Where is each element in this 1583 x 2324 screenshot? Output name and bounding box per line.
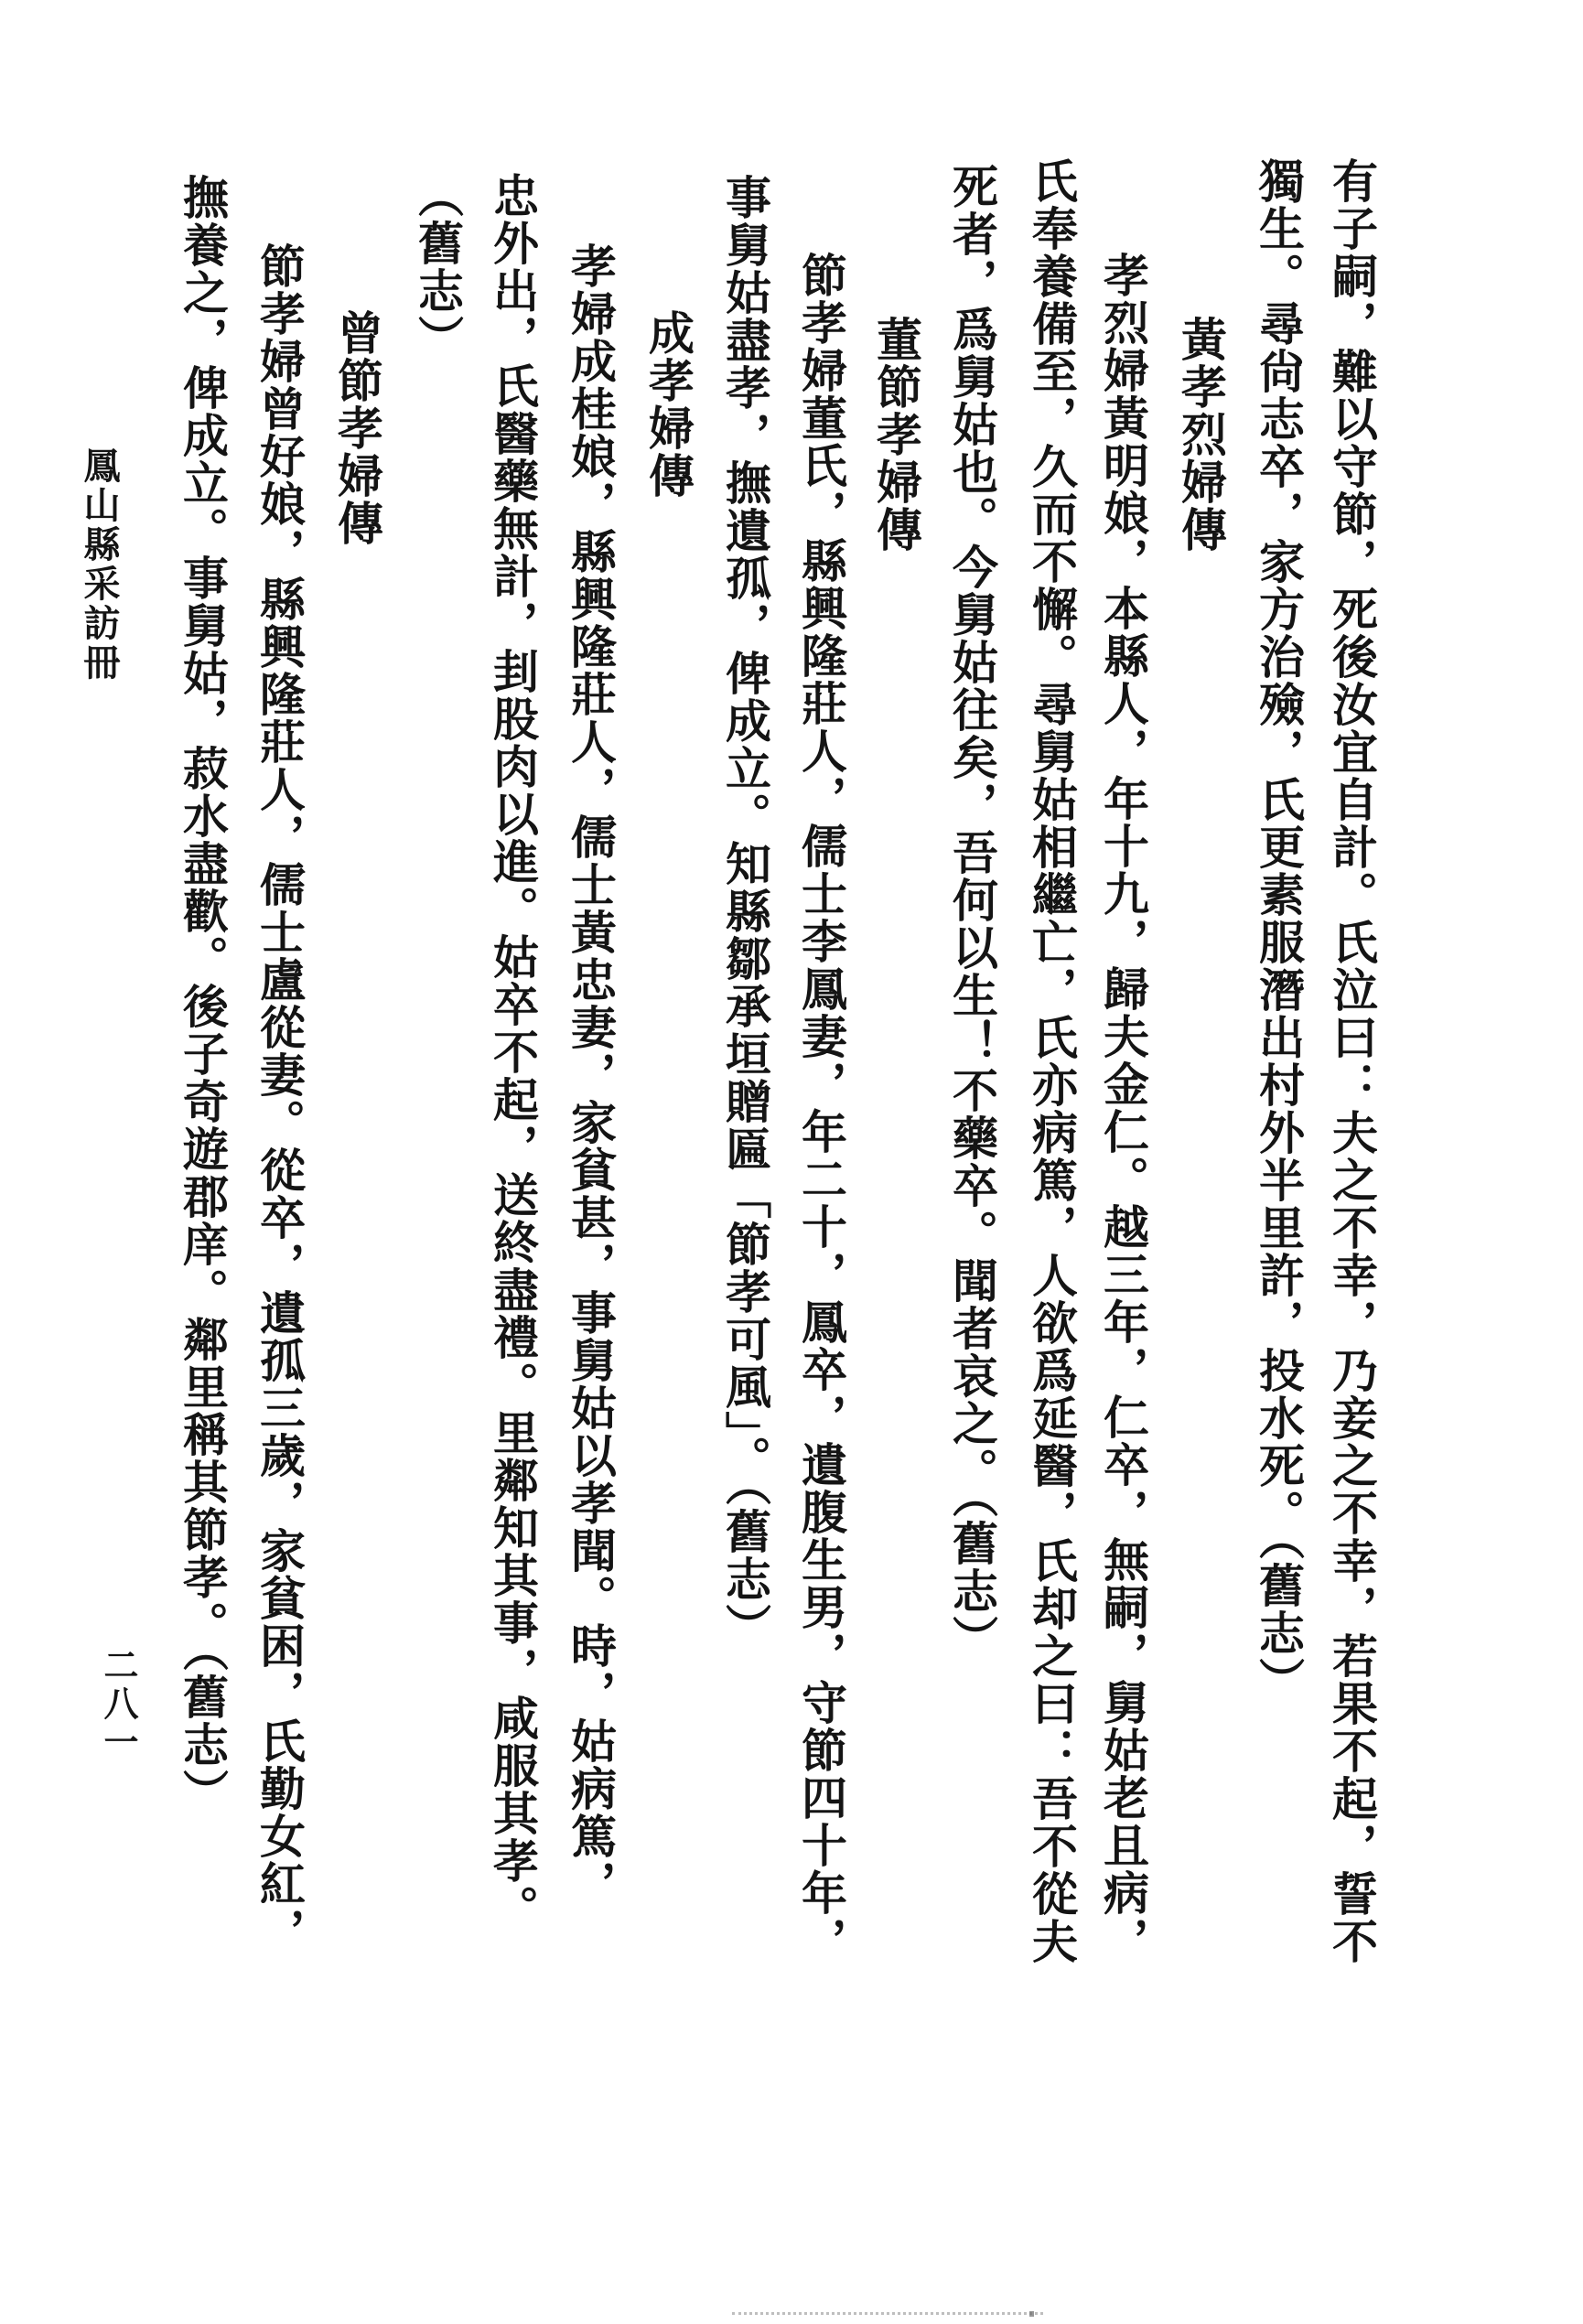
page-number: 二八一 bbox=[97, 1647, 139, 1762]
text-column-15: 節孝婦曾好娘，縣興隆莊人，儒士盧從妻。從卒，遺孤三歲，家貧困，氏勤女紅， bbox=[253, 242, 306, 1955]
section-heading-dong-jiexiao: 董節孝婦傳 bbox=[869, 316, 922, 554]
text-column-5: 氏奉養備至，久而不懈。尋舅姑相繼亡，氏亦病篤，人欲爲延醫，氏却之曰：吾不從夫 bbox=[1025, 157, 1078, 1965]
book-spine-title: 鳳山縣采訪冊 bbox=[76, 447, 122, 683]
citation-old-gazetteer: （舊志） bbox=[411, 172, 464, 362]
text-column-12: 忠外出，氏醫藥無計，刲股肉以進。姑卒不起，送終盡禮。里鄰知其事，咸服其孝。 bbox=[486, 172, 539, 1932]
section-heading-cheng-xiaofu: 成孝婦傳 bbox=[641, 309, 695, 500]
scan-artifact-speck bbox=[1029, 2311, 1034, 2317]
section-heading-zeng-jiexiao: 曾節孝婦傳 bbox=[330, 309, 383, 547]
text-column-6: 死者，爲舅姑也。今舅姑往矣，吾何以生！不藥卒。聞者哀之。（舊志） bbox=[945, 163, 998, 1662]
text-column-2: 獨生。尋尙志卒，家方治殮，氏更素服潛出村外半里許，投水死。（舊志） bbox=[1252, 157, 1305, 1705]
scanned-book-page: 鳳山縣采訪冊 二八一 有子嗣，難以守節，死後汝宜自計。氏泣曰：夫之不幸，乃妾之不… bbox=[0, 0, 1583, 2324]
text-column-11: 孝婦成桂娘，縣興隆莊人，儒士黃忠妻，家貧甚，事舅姑以孝聞。時，姑病篤， bbox=[564, 242, 617, 1908]
scan-artifact-dotted-line bbox=[732, 2312, 1043, 2318]
section-heading-huang-xiaolie: 黃孝烈婦傳 bbox=[1174, 316, 1227, 554]
text-column-9: 事舅姑盡孝，撫遺孤，俾成立。知縣鄒承垣贈匾「節孝可風」。（舊志） bbox=[718, 174, 771, 1651]
text-column-16: 撫養之，俾成立。事舅姑，菽水盡歡。後子奇遊郡庠。鄰里稱其節孝。（舊志） bbox=[176, 174, 229, 1816]
text-column-1: 有子嗣，難以守節，死後汝宜自計。氏泣曰：夫之不幸，乃妾之不幸，若果不起，誓不 bbox=[1325, 157, 1378, 1965]
text-column-4: 孝烈婦黃明娘，本縣人，年十九，歸夫金仁。越三年，仁卒，無嗣，舅姑老且病， bbox=[1096, 252, 1149, 1964]
text-column-8: 節孝婦董氏，縣興隆莊人，儒士李鳳妻，年二十，鳳卒，遺腹生男，守節四十年， bbox=[794, 252, 847, 1964]
